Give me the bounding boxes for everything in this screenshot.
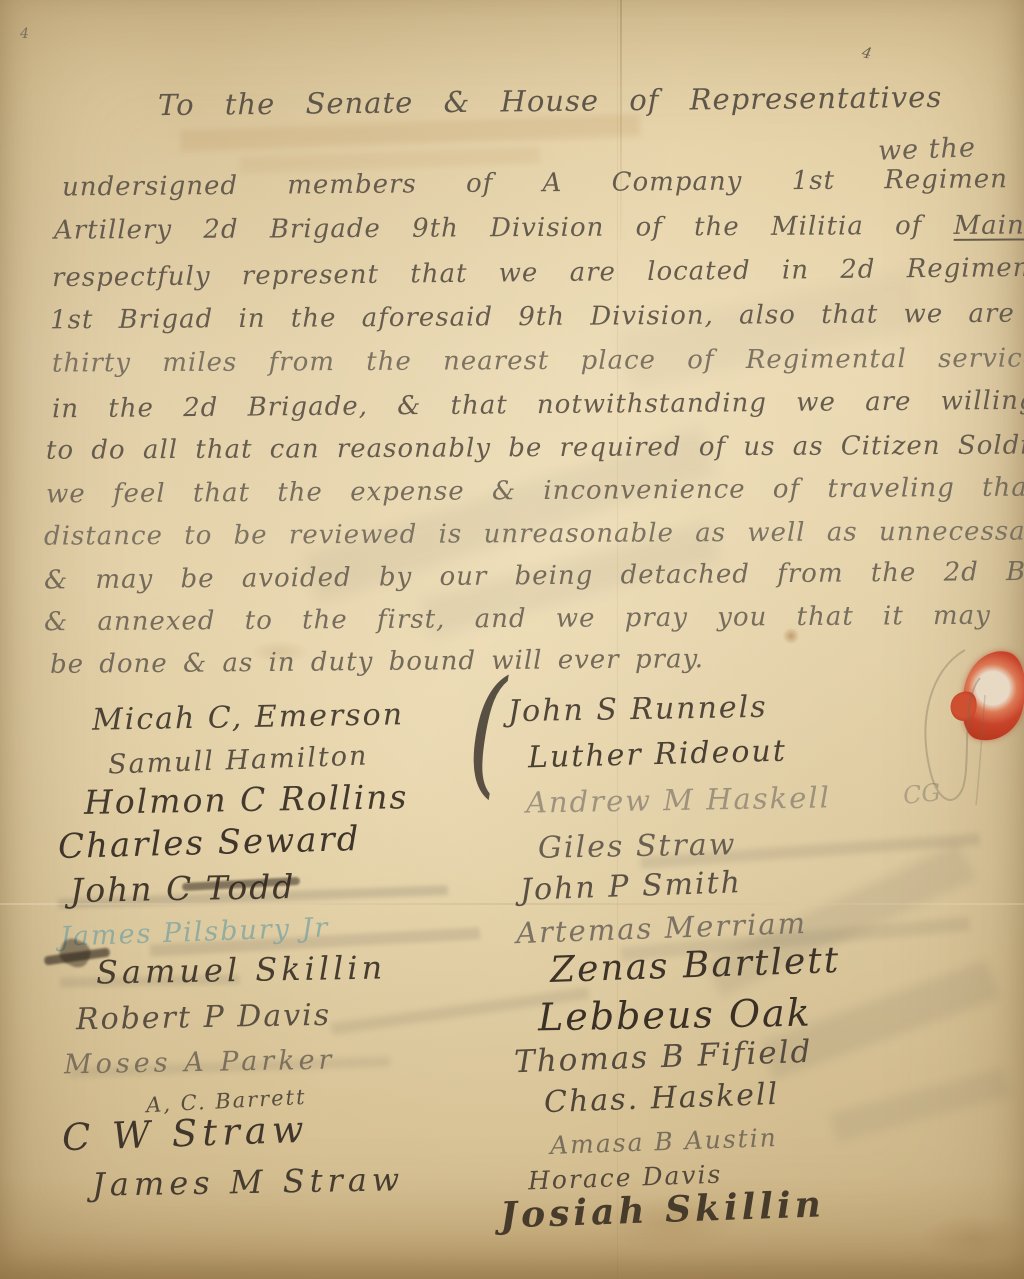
- body-line: to do all that can reasonably be require…: [46, 430, 1024, 465]
- body-line: Artillery 2d Brigade 9th Division of the…: [54, 210, 1024, 245]
- body-line-text: Artillery 2d Brigade 9th Division of the…: [54, 211, 923, 246]
- paper-stain: [920, 1215, 1024, 1260]
- signature: James Pilsbury Jr: [60, 912, 330, 952]
- opening-phrase: we the: [877, 132, 976, 166]
- signature: Moses A Parker: [64, 1045, 336, 1081]
- signature: Lebbeus Oak: [538, 991, 812, 1040]
- signature: Micah C, Emerson: [92, 697, 405, 737]
- page-top-right-mark: 4: [860, 43, 873, 63]
- body-line: in the 2d Brigade, & that notwithstandin…: [52, 386, 1024, 425]
- body-line: respectfuly represent that we are locate…: [52, 253, 1024, 293]
- signature: Holmon C Rollins: [84, 777, 409, 822]
- red-wax-seal: [953, 644, 1024, 748]
- body-line: undersigned members of A Company 1st Reg…: [62, 164, 1024, 203]
- body-line: 1st Brigad in the aforesaid 9th Division…: [50, 299, 1015, 336]
- signature: Charles Seward: [58, 819, 361, 867]
- document-scan-page: { "document": { "kind": "handwritten pet…: [0, 0, 1024, 1279]
- signature: Robert P Davis: [76, 998, 332, 1037]
- salutation: To the Senate & House of Representatives: [158, 80, 943, 122]
- signature: Andrew M Haskell: [526, 780, 831, 819]
- signature: John S Runnels: [508, 690, 768, 730]
- signature: Amasa B Austin: [550, 1123, 779, 1160]
- signature-brace-icon: (: [467, 662, 508, 802]
- body-line: thirty miles from the nearest place of R…: [52, 343, 1024, 378]
- body-line: & may be avoided by our being detached f…: [44, 557, 1024, 596]
- body-line: distance to be reviewed is unreasonable …: [44, 516, 1024, 551]
- signature: John P Smith: [519, 865, 742, 908]
- signature: Zenas Bartlett: [549, 940, 840, 991]
- signature: Samull Hamilton: [108, 740, 369, 780]
- body-line: be done & as in duty bound will ever pra…: [50, 644, 704, 680]
- page-corner-mark: 4: [20, 26, 29, 42]
- manuscript-paper: 4 4 CG To the Senate & House of Represen…: [0, 0, 1024, 1279]
- body-line: & annexed to the first, and we pray you …: [44, 601, 991, 638]
- signature: Luther Rideout: [528, 734, 788, 776]
- signature: James M Straw: [92, 1160, 405, 1203]
- body-line: we feel that the expense & inconvenience…: [46, 473, 1024, 510]
- signature: John C Todd: [70, 867, 296, 910]
- underlined-word: Maine: [954, 210, 1024, 240]
- signature: Giles Straw: [538, 827, 737, 865]
- signature: C W Straw: [61, 1108, 309, 1160]
- bleed-through-mark: [829, 1067, 1011, 1143]
- signature: Chas. Haskell: [543, 1077, 779, 1120]
- pencil-initials: CG: [902, 778, 942, 810]
- signature: Samuel Skillin: [96, 948, 387, 991]
- signature: Thomas B Fifield: [513, 1034, 813, 1080]
